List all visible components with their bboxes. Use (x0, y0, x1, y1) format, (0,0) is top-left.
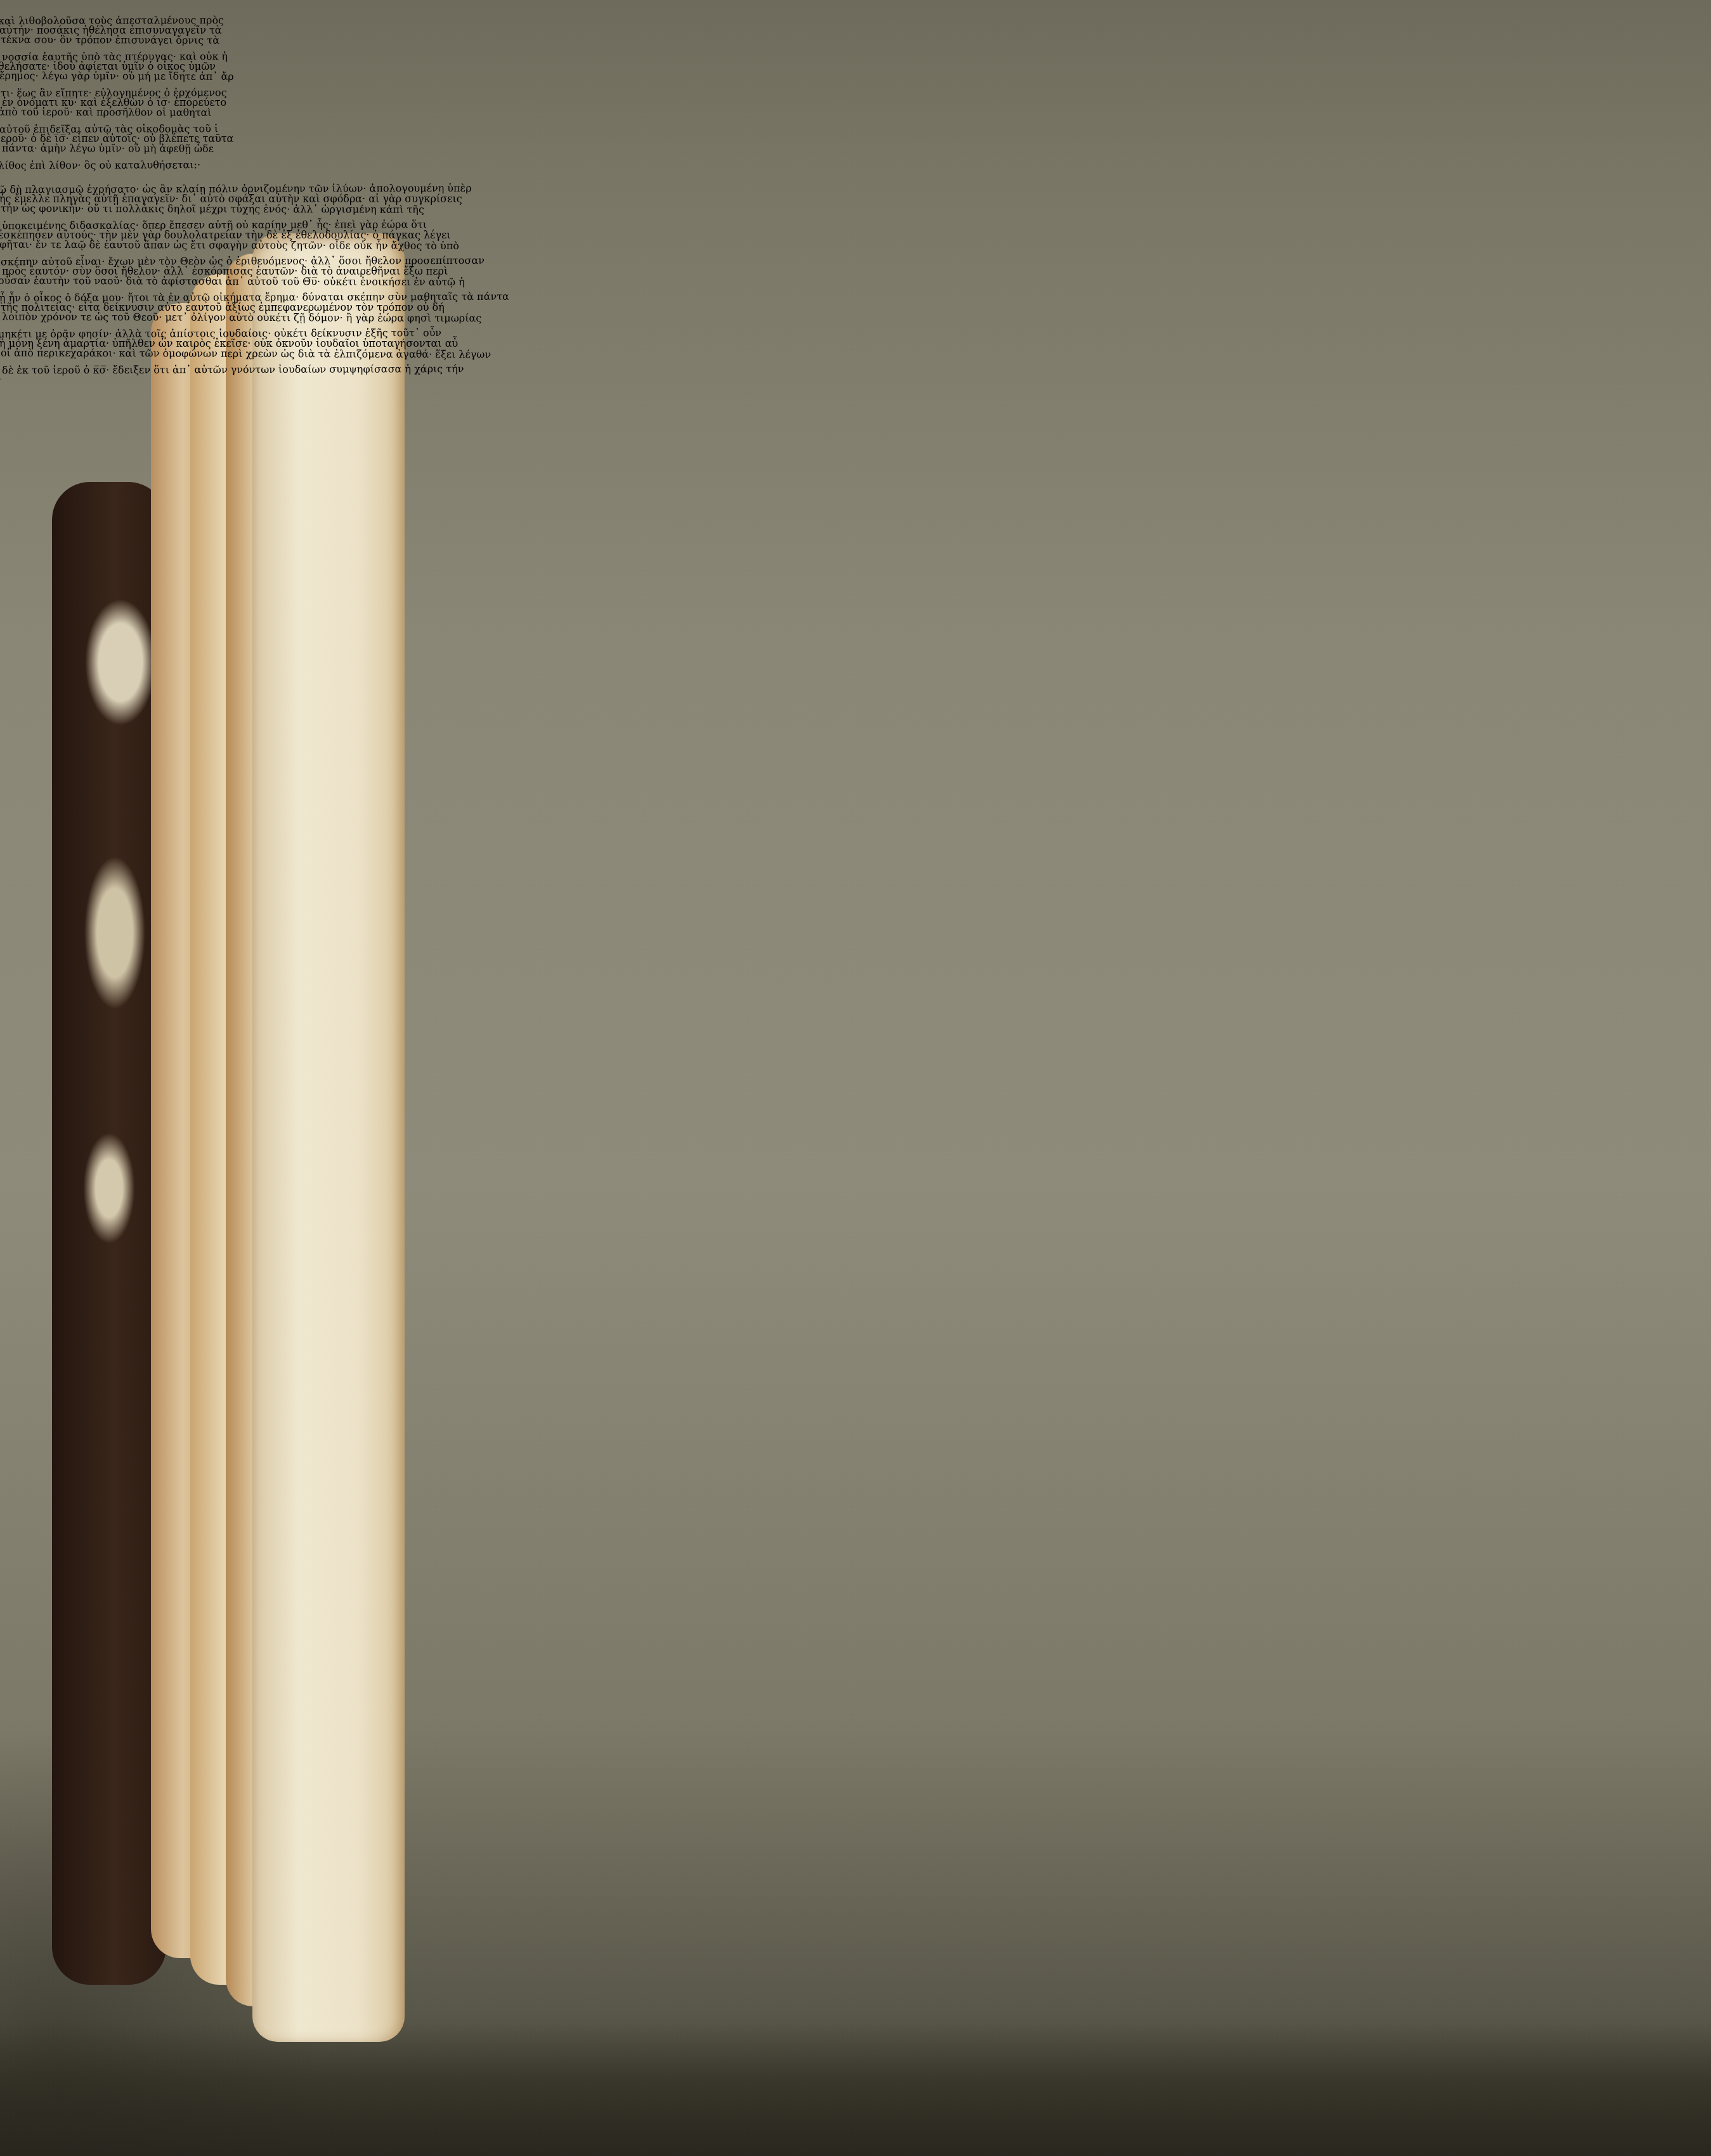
leather-cover-edge (52, 482, 166, 1985)
codex-book: περὶ τῆς συντελείας τοῦ ἱεροῦ ση̅ καὶ λι… (0, 0, 1711, 386)
commentary-text-block: ῷ δὴ πλαγιασμῷ ἐχρήσατο· ὡς ἂν κλαίῃ πόλ… (0, 181, 1711, 386)
page-edge-stack-4 (379, 207, 429, 2065)
manuscript-page: περὶ τῆς συντελείας τοῦ ἱεροῦ ση̅ καὶ λι… (0, 0, 1711, 386)
commentary-line: · (0, 373, 1709, 386)
manuscript-photo: { "scene": { "title": "Greek parchment c… (0, 0, 1711, 2156)
